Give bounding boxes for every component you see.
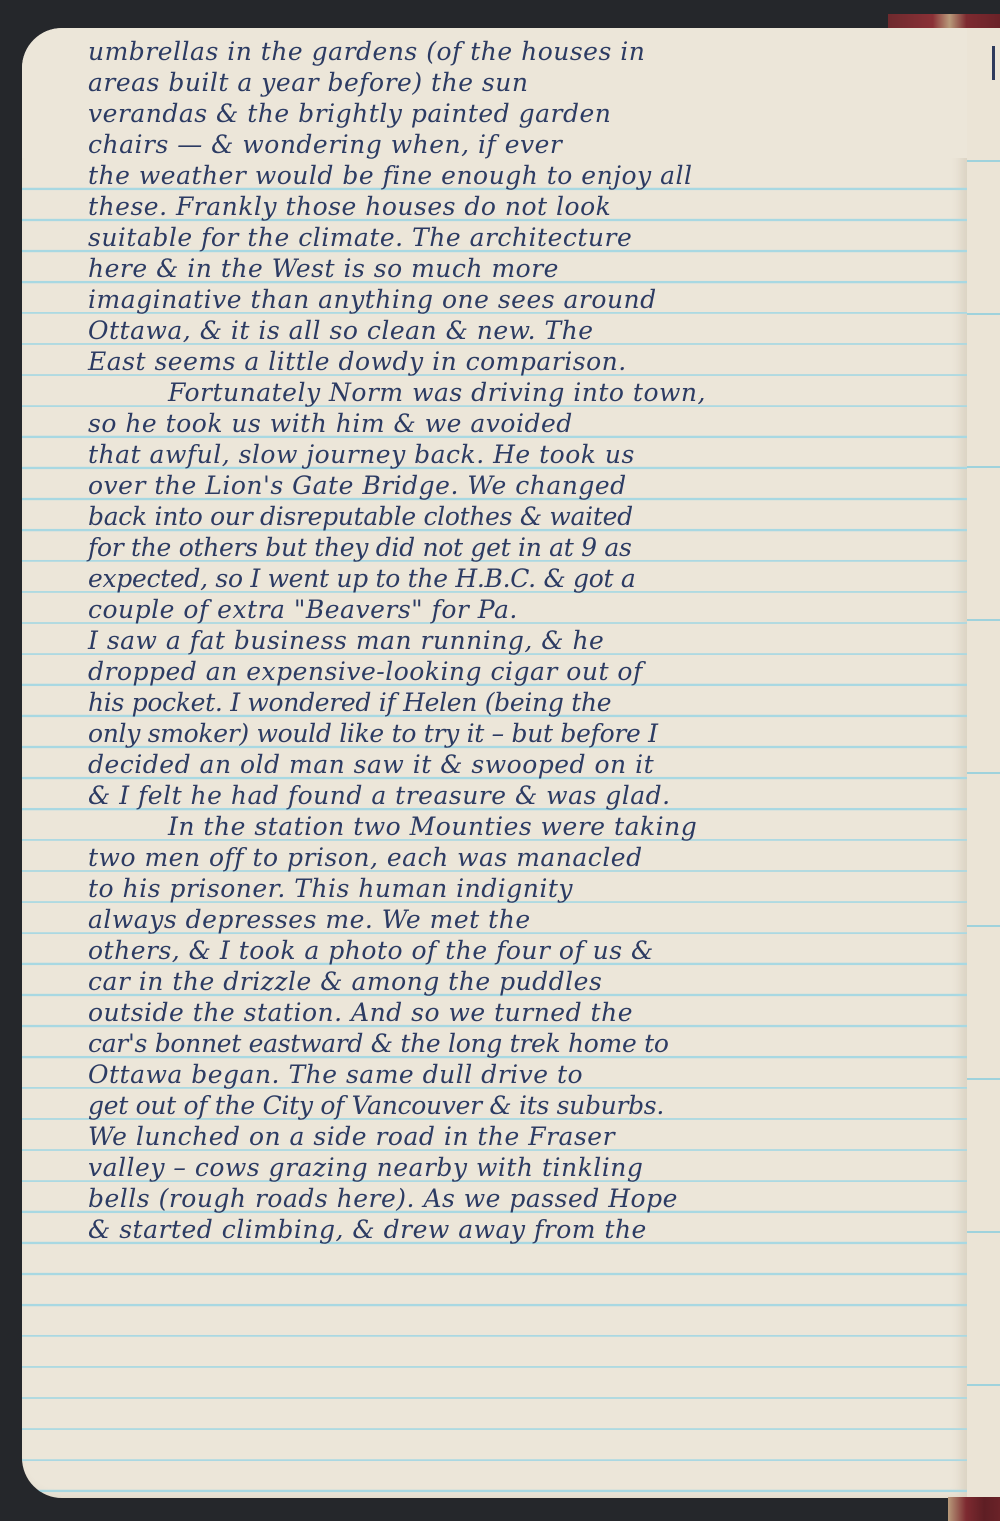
text-line: get out of the City of Vancouver & its s… <box>88 1090 967 1121</box>
text-line: that awful, slow journey back. He took u… <box>88 439 967 470</box>
text-line: two men off to prison, each was manacled <box>88 842 967 873</box>
text-line: areas built a year before) the sun <box>88 67 967 98</box>
text-line: umbrellas in the gardens (of the houses … <box>88 36 967 67</box>
text-line: back into our disreputable clothes & wai… <box>88 501 967 532</box>
text-line: others, & I took a photo of the four of … <box>88 935 967 966</box>
text-line: always depresses me. We met the <box>88 904 967 935</box>
adjacent-page-edge <box>966 28 1000 1498</box>
text-line: chairs — & wondering when, if ever <box>88 129 967 160</box>
text-line: over the Lion's Gate Bridge. We changed <box>88 470 967 501</box>
text-line: for the others but they did not get in a… <box>88 532 967 563</box>
text-line: East seems a little dowdy in comparison. <box>88 346 967 377</box>
text-line: car's bonnet eastward & the long trek ho… <box>88 1028 967 1059</box>
text-line: these. Frankly those houses do not look <box>88 191 967 222</box>
text-line: his pocket. I wondered if Helen (being t… <box>88 687 967 718</box>
text-line: couple of extra "Beavers" for Pa. <box>88 594 967 625</box>
text-line: We lunched on a side road in the Fraser <box>88 1121 967 1152</box>
text-line: here & in the West is so much more <box>88 253 967 284</box>
text-line: decided an old man saw it & swooped on i… <box>88 749 967 780</box>
text-line: expected, so I went up to the H.B.C. & g… <box>88 563 967 594</box>
text-line: imaginative than anything one sees aroun… <box>88 284 967 315</box>
text-line: bells (rough roads here). As we passed H… <box>88 1183 967 1214</box>
text-line: outside the station. And so we turned th… <box>88 997 967 1028</box>
text-line: only smoker) would like to try it – but … <box>88 718 967 749</box>
notebook-page: umbrellas in the gardens (of the houses … <box>22 28 967 1498</box>
text-line: suitable for the climate. The architectu… <box>88 222 967 253</box>
text-line: dropped an expensive-looking cigar out o… <box>88 656 967 687</box>
adjacent-page-ink-mark <box>992 46 995 80</box>
book-binding-bottom <box>948 1497 1000 1521</box>
text-line: Ottawa began. The same dull drive to <box>88 1059 967 1090</box>
text-line: & I felt he had found a treasure & was g… <box>88 780 967 811</box>
text-line: car in the drizzle & among the puddles <box>88 966 967 997</box>
text-line: Ottawa, & it is all so clean & new. The <box>88 315 967 346</box>
text-line: & started climbing, & drew away from the <box>88 1214 967 1245</box>
text-line: Fortunately Norm was driving into town, <box>88 377 967 408</box>
text-line: valley – cows grazing nearby with tinkli… <box>88 1152 967 1183</box>
text-line: In the station two Mounties were taking <box>88 811 967 842</box>
text-line: so he took us with him & we avoided <box>88 408 967 439</box>
text-line: verandas & the brightly painted garden <box>88 98 967 129</box>
text-line: I saw a fat business man running, & he <box>88 625 967 656</box>
text-line: to his prisoner. This human indignity <box>88 873 967 904</box>
text-line: the weather would be fine enough to enjo… <box>88 160 967 191</box>
handwritten-text: umbrellas in the gardens (of the houses … <box>88 36 967 1245</box>
